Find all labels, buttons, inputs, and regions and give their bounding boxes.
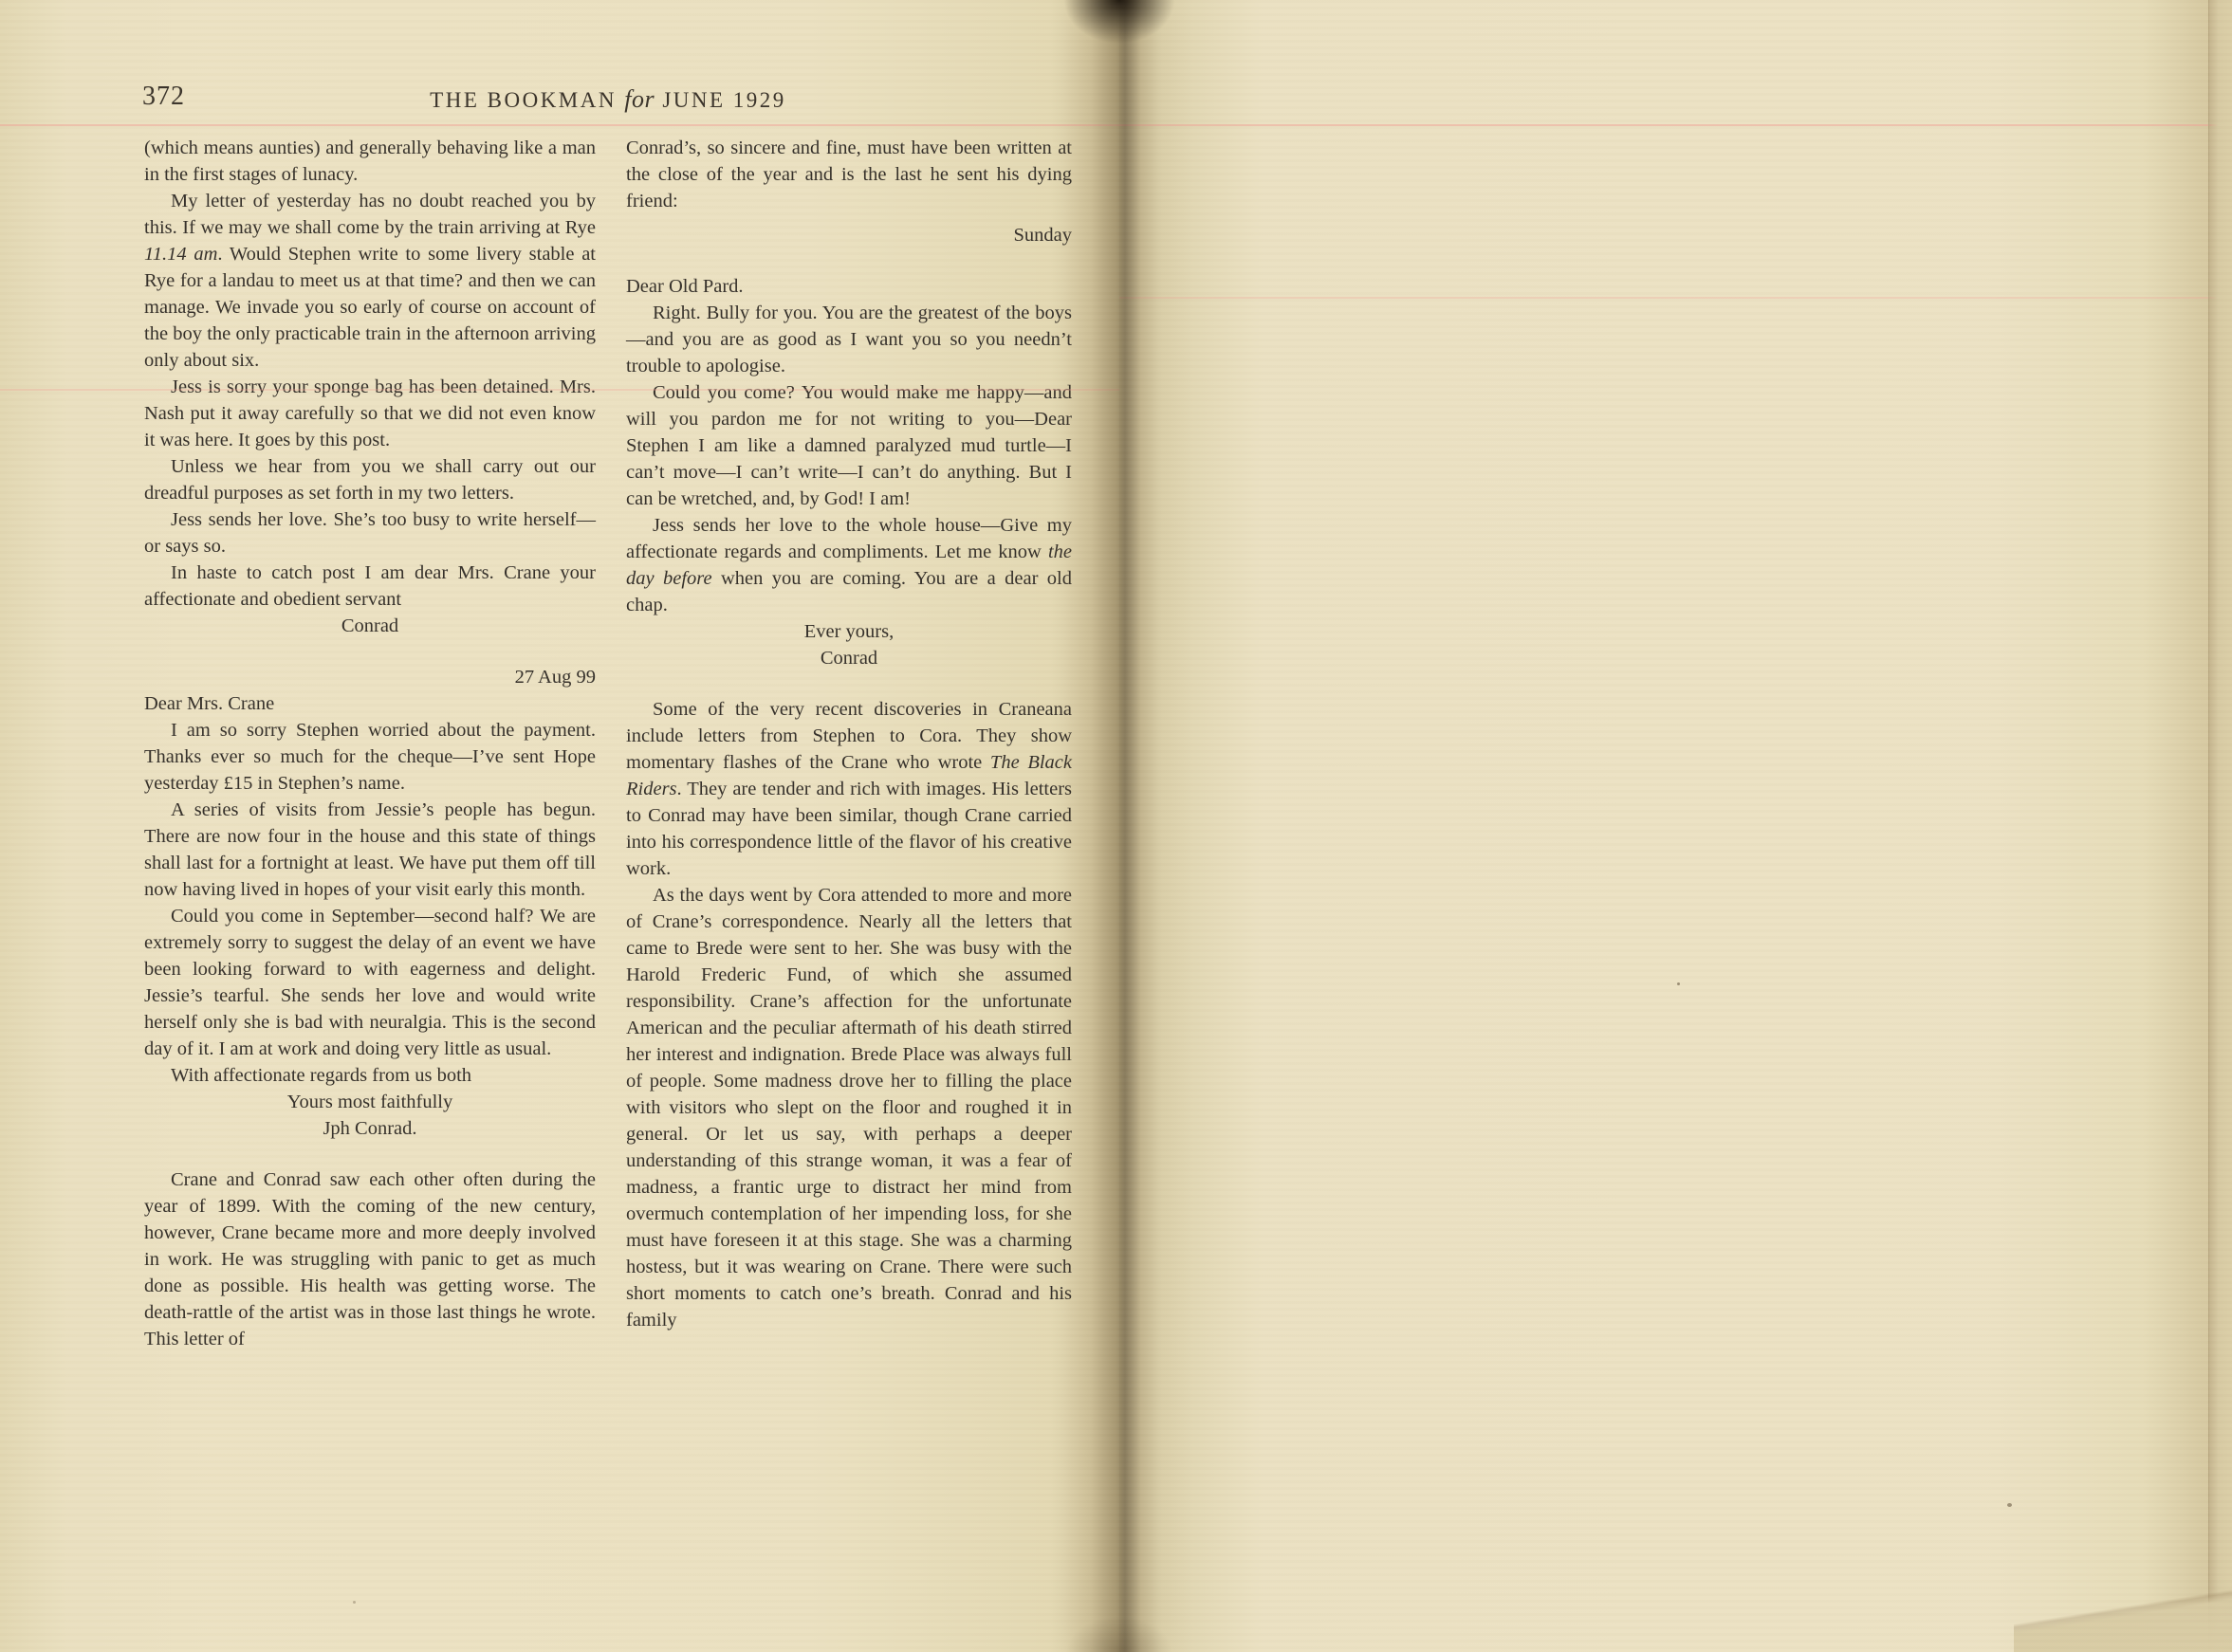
paragraph: Conrad [144, 613, 596, 639]
paragraph: Could you come in September—second half?… [144, 903, 596, 1062]
paragraph: I am so sorry Stephen worried about the … [144, 717, 596, 797]
paragraph: My letter of yesterday has no doubt reac… [144, 188, 596, 374]
text-column-left-2: Conrad’s, so sincere and fine, must have… [626, 135, 1072, 1333]
left-page: 372 THE BOOKMAN for JUNE 1929 (which mea… [0, 0, 1119, 1652]
paragraph: A series of visits from Jessie’s people … [144, 797, 596, 903]
paragraph: Could you come? You would make me happy—… [626, 379, 1072, 512]
paragraph: Yours most faithfully [144, 1089, 596, 1115]
paragraph: Jess sends her love to the whole house—G… [626, 512, 1072, 618]
paragraph: Dear Old Pard. [626, 273, 1072, 300]
paragraph: Jph Conrad. [144, 1115, 596, 1142]
paragraph: With affectionate regards from us both [144, 1062, 596, 1089]
right-page: THE LETTERS OF CONRAD TO CRANE 373 came … [1119, 0, 2232, 1652]
paragraph: Ever yours, [626, 618, 1072, 645]
paragraph: In haste to catch post I am dear Mrs. Cr… [144, 560, 596, 613]
paragraph: Dear Mrs. Crane [144, 690, 596, 717]
paragraph: Jess is sorry your sponge bag has been d… [144, 374, 596, 453]
paragraph: Unless we hear from you we shall carry o… [144, 453, 596, 506]
paragraph: Sunday [626, 222, 1072, 248]
paragraph: (which means aunties) and generally beha… [144, 135, 596, 188]
paragraph: As the days went by Cora attended to mor… [626, 882, 1072, 1333]
paragraph: Conrad’s, so sincere and fine, must have… [626, 135, 1072, 214]
book-spread: 372 THE BOOKMAN for JUNE 1929 (which mea… [0, 0, 2232, 1652]
paragraph: Crane and Conrad saw each other often du… [144, 1166, 596, 1352]
paragraph: Right. Bully for you. You are the greate… [626, 300, 1072, 379]
paragraph: Conrad [626, 645, 1072, 671]
paragraph: Jess sends her love. She’s too busy to w… [144, 506, 596, 560]
text-column-left-1: (which means aunties) and generally beha… [144, 135, 596, 1352]
paragraph: Some of the very recent discoveries in C… [626, 696, 1072, 882]
running-header-left: THE BOOKMAN for JUNE 1929 [144, 85, 1072, 114]
paragraph: 27 Aug 99 [144, 664, 596, 690]
